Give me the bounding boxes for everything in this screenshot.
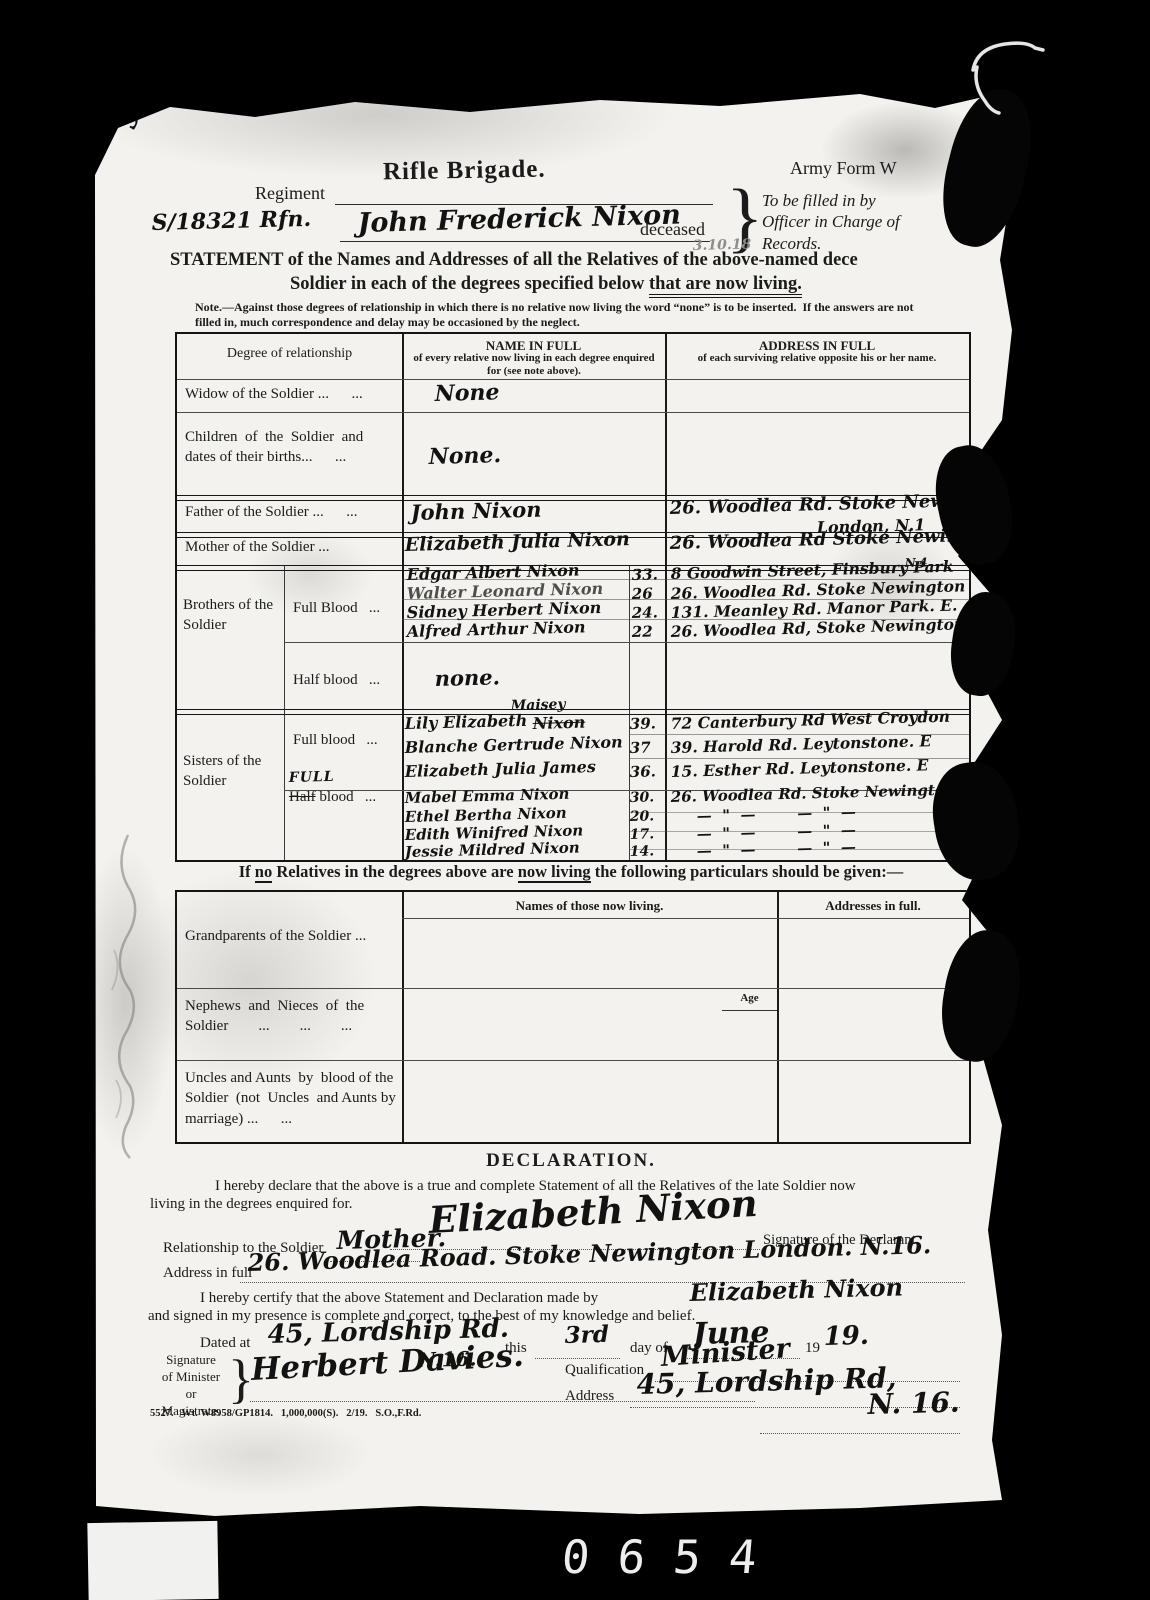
- sisters-half-label: Half blood ...: [289, 789, 376, 806]
- sister-name-0: Lily Elizabeth Nixon: [405, 714, 586, 734]
- sister-half-address-3: — " — — " —: [697, 838, 857, 860]
- brothers-full-label: Full Blood ...: [293, 600, 380, 617]
- table2-rule-1: [177, 988, 969, 989]
- uncles-label: Uncles and Aunts by blood of the Soldier…: [185, 1068, 401, 1129]
- sister-half-age-1: 20.: [630, 808, 655, 825]
- scan-counter: 0654: [560, 1530, 788, 1584]
- brothers-half-value: none.: [434, 664, 500, 691]
- minister-signature-line: [250, 1400, 755, 1402]
- brother-age-1: 26: [632, 584, 653, 603]
- bottom-card: [87, 1521, 218, 1600]
- title-line2-underlined: that are now living.: [649, 274, 802, 298]
- table2-divider-1: [402, 892, 404, 1142]
- qualification-label: Qualification: [565, 1362, 644, 1379]
- sisters-half-suffix: blood ...: [316, 789, 376, 805]
- scratch-mark: [955, 15, 1085, 125]
- margin-scribble: [100, 830, 155, 1160]
- note-text: Note.—Against those degrees of relations…: [195, 300, 940, 329]
- children-value: None.: [428, 442, 501, 470]
- brother-address-sup-0: N.4: [905, 555, 928, 570]
- age-box: Age: [722, 988, 777, 1011]
- nephews-label: Nephews and Nieces of the Soldier ... ..…: [185, 996, 397, 1037]
- form-print-code: 5527. Wt. W8958/GP1814. 1,000,000(S). 2/…: [150, 1408, 421, 1419]
- sister-age-0: 39.: [630, 714, 657, 733]
- sister-half-age-3: 14.: [630, 843, 655, 860]
- officer-note: To be filled in by Officer in Charge of …: [762, 190, 900, 254]
- title-line2-pre: Soldier in each of the degrees specified…: [290, 274, 649, 294]
- sister-age-2: 36.: [630, 762, 657, 781]
- minister-address-label: Address: [565, 1388, 614, 1405]
- sisters-label: Sisters of the Soldier: [183, 752, 279, 791]
- declaration-heading: DECLARATION.: [175, 1150, 967, 1172]
- certify-line1: I hereby certify that the above Statemen…: [200, 1290, 598, 1307]
- table2-divider-2: [777, 892, 779, 1142]
- certify-name: Elizabeth Nixon: [689, 1272, 903, 1307]
- widow-label: Widow of the Soldier ... ...: [185, 386, 363, 403]
- sister-age-1: 37: [630, 738, 651, 757]
- rule-widow: [177, 412, 969, 413]
- brother-name-3: Alfred Arthur Nixon: [407, 617, 586, 641]
- rule-bro-full-bottom: [284, 642, 969, 643]
- sister-name-0-pre: Lily Elizabeth: [405, 711, 534, 733]
- declaration-body-line2: living in the degrees enquired for.: [150, 1196, 352, 1213]
- midline-underline-2: now living: [518, 862, 591, 883]
- col1-header: Degree of relationship: [182, 346, 397, 362]
- widow-value: None: [434, 379, 499, 407]
- father-label: Father of the Soldier ... ...: [185, 504, 357, 521]
- grandparents-label: Grandparents of the Soldier ...: [185, 928, 397, 945]
- midline-mid: Relatives in the degrees above are: [272, 862, 517, 881]
- minister-address-value: 45, Lordship Rd,: [636, 1361, 897, 1401]
- regiment-label: Regiment: [255, 183, 325, 204]
- sisters-full-label: Full blood ...: [293, 732, 378, 749]
- brother-age-3: 22: [632, 622, 653, 641]
- sister-half-age-0: 30.: [630, 789, 655, 806]
- rule-header: [177, 379, 969, 380]
- relatives-table: Degree of relationship NAME IN FULL of e…: [175, 332, 971, 862]
- col2-header-sub: of every relative now living in each deg…: [409, 352, 659, 377]
- scanned-document-page: 58 Rifle Brigade. Regiment Army Form W }…: [0, 0, 1150, 1600]
- sister-half-age-2: 17.: [630, 826, 655, 843]
- brother-age-0: 33.: [632, 565, 659, 584]
- corner-number: 58: [109, 82, 155, 133]
- minister-address-line2: [760, 1432, 960, 1434]
- minister-address-value2: N. 16.: [867, 1386, 960, 1421]
- sister-address-2: 15. Esther Rd. Leytonstone. E: [671, 755, 929, 781]
- brother-age-2: 24.: [632, 603, 659, 622]
- service-number: S/18321 Rfn.: [151, 206, 311, 236]
- names-now-living-header: Names of those now living.: [402, 898, 777, 914]
- children-label: Children of the Soldier and dates of the…: [185, 427, 397, 468]
- midline-post: the following particulars should be give…: [591, 862, 904, 881]
- address-in-full-label: Address in full: [163, 1265, 252, 1282]
- statement-title-line2: Soldier in each of the degrees specified…: [290, 274, 802, 295]
- sister-name-1: Blanche Gertrude Nixon: [405, 732, 623, 757]
- sister-half-name-3: Jessie Mildred Nixon: [405, 838, 580, 861]
- sister-name-2: Elizabeth Julia James: [405, 757, 597, 781]
- no-relatives-line: If no Relatives in the degrees above are…: [175, 862, 967, 882]
- midline-pre: If: [239, 862, 255, 881]
- soldier-name: John Frederick Nixon: [357, 200, 681, 239]
- mother-name: Elizabeth Julia Nixon: [404, 528, 630, 556]
- this-line: [535, 1357, 620, 1359]
- age-box-label: Age: [722, 988, 777, 1004]
- sister-address-1: 39. Harold Rd. Leytonstone. E: [671, 731, 932, 757]
- day-value: 3rd: [564, 1321, 609, 1349]
- sisters-half-struck: Half: [289, 789, 316, 805]
- year-print: 19: [805, 1340, 820, 1357]
- soldier-name-underline: [340, 240, 710, 242]
- brothers-label: Brothers of the Soldier: [183, 596, 279, 635]
- army-form-label: Army Form W: [790, 158, 897, 179]
- mother-label: Mother of the Soldier ...: [185, 539, 330, 556]
- sister-name-0-struck: Nixon: [533, 713, 586, 733]
- regiment-value: Rifle Brigade.: [383, 156, 546, 187]
- col3-header-sub: of each surviving relative opposite his …: [675, 352, 959, 365]
- brothers-half-label: Half blood ...: [293, 672, 380, 689]
- year-hw: 19.: [823, 1321, 869, 1352]
- father-name: John Nixon: [410, 497, 541, 525]
- table2-rule-2: [177, 1060, 969, 1061]
- midline-underline-1: no: [255, 862, 272, 883]
- deceased-label: deceased: [640, 219, 705, 240]
- no-relatives-table: Names of those now living. Addresses in …: [175, 890, 971, 1144]
- statement-title-line1: STATEMENT of the Names and Addresses of …: [170, 250, 1000, 271]
- table2-rule-header: [402, 918, 969, 919]
- addresses-in-full-header: Addresses in full.: [777, 898, 969, 914]
- sisters-half-replacement: Full: [289, 769, 335, 786]
